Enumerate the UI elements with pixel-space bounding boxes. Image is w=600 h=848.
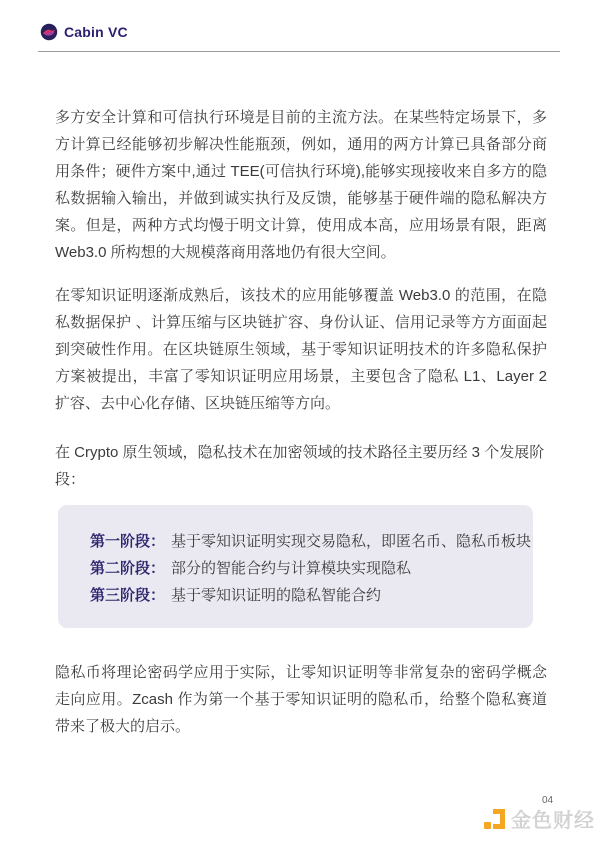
stage-row-3: 第三阶段：基于零知识证明的隐私智能合约 bbox=[90, 582, 513, 609]
cabin-vc-logo-icon bbox=[40, 23, 58, 41]
stage-row-2: 第二阶段：部分的智能合约与计算模块实现隐私 bbox=[90, 555, 513, 582]
brand-name: Cabin VC bbox=[64, 24, 128, 40]
stage-row-1: 第一阶段：基于零知识证明实现交易隐私，即匿名币、隐私币板块 bbox=[90, 528, 513, 555]
stage-1-label: 第一阶段： bbox=[90, 533, 165, 550]
header-divider bbox=[38, 51, 560, 52]
paragraph-zk-maturity: 在零知识证明逐渐成熟后，该技术的应用能够覆盖 Web3.0 的范围，在隐私数据保… bbox=[55, 282, 547, 417]
stage-2-text: 部分的智能合约与计算模块实现隐私 bbox=[171, 560, 411, 577]
stage-list-box: 第一阶段：基于零知识证明实现交易隐私，即匿名币、隐私币板块 第二阶段：部分的智能… bbox=[58, 505, 533, 628]
paragraph-mpc-tee: 多方安全计算和可信执行环境是目前的主流方法。在某些特定场景下，多方计算已经能够初… bbox=[55, 104, 547, 266]
golden-finance-icon bbox=[483, 807, 507, 831]
paragraph-crypto-stages-intro: 在 Crypto 原生领域，隐私技术在加密领域的技术路径主要历经 3 个发展阶段… bbox=[55, 439, 547, 493]
paragraph-privacy-coin: 隐私币将理论密码学应用于实际，让零知识证明等非常复杂的密码学概念走向应用。Zca… bbox=[55, 659, 547, 740]
stage-3-text: 基于零知识证明的隐私智能合约 bbox=[171, 587, 381, 604]
stage-1-text: 基于零知识证明实现交易隐私，即匿名币、隐私币板块 bbox=[171, 533, 531, 550]
document-page: Cabin VC 多方安全计算和可信执行环境是目前的主流方法。在某些特定场景下，… bbox=[0, 0, 600, 848]
watermark: 金色财经 bbox=[483, 804, 595, 833]
stage-2-label: 第二阶段： bbox=[90, 560, 165, 577]
watermark-text: 金色财经 bbox=[511, 804, 595, 833]
stage-3-label: 第三阶段： bbox=[90, 587, 165, 604]
header-logo: Cabin VC bbox=[40, 23, 128, 41]
